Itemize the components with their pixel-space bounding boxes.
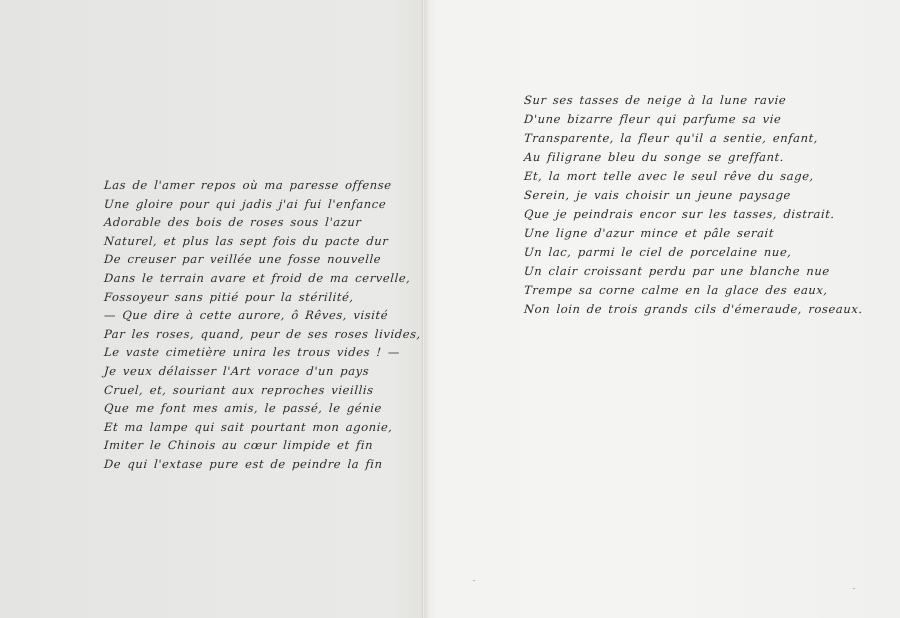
left-page: Las de l'amer repos où ma paresse offens… <box>0 0 423 618</box>
verse-line: D'une bizarre fleur qui parfume sa vie <box>523 110 863 129</box>
verse-line: Un clair croissant perdu par une blanche… <box>523 262 863 281</box>
gutter-shadow <box>424 0 430 618</box>
verse-line: Je veux délaisser l'Art vorace d'un pays <box>103 362 421 381</box>
verse-line: Au filigrane bleu du songe se greffant. <box>523 148 863 167</box>
left-page-verse: Las de l'amer repos où ma paresse offens… <box>104 176 421 474</box>
verse-line: Et ma lampe qui sait pourtant mon agonie… <box>103 418 421 437</box>
verse-line: Naturel, et plus las sept fois du pacte … <box>103 232 421 251</box>
verse-line: Et, la mort telle avec le seul rêve du s… <box>523 167 863 186</box>
paper-speck <box>473 580 475 581</box>
verse-line: De qui l'extase pure est de peindre la f… <box>103 455 421 474</box>
verse-line: Que me font mes amis, le passé, le génie <box>103 399 421 418</box>
verse-line: Sur ses tasses de neige à la lune ravie <box>523 91 863 110</box>
right-page-verse: Sur ses tasses de neige à la lune ravie … <box>524 91 863 319</box>
verse-line: Une ligne d'azur mince et pâle serait <box>523 224 863 243</box>
verse-line: Le vaste cimetière unira les trous vides… <box>103 343 421 362</box>
verse-line: Dans le terrain avare et froid de ma cer… <box>103 269 421 288</box>
verse-line: Non loin de trois grands cils d'émeraude… <box>523 300 863 319</box>
verse-line: Las de l'amer repos où ma paresse offens… <box>103 176 421 195</box>
verse-line: — Que dire à cette aurore, ô Rêves, visi… <box>103 306 421 325</box>
verse-line: Serein, je vais choisir un jeune paysage <box>523 186 863 205</box>
verse-line: Trempe sa corne calme en la glace des ea… <box>523 281 863 300</box>
verse-line: De creuser par veillée une fosse nouvell… <box>103 250 421 269</box>
verse-line: Fossoyeur sans pitié pour la stérilité, <box>103 288 421 307</box>
right-page: Sur ses tasses de neige à la lune ravie … <box>423 0 900 618</box>
verse-line: Adorable des bois de roses sous l'azur <box>103 213 421 232</box>
verse-line: Cruel, et, souriant aux reproches vieill… <box>103 381 421 400</box>
verse-line: Par les roses, quand, peur de ses roses … <box>103 325 421 344</box>
verse-line: Un lac, parmi le ciel de porcelaine nue, <box>523 243 863 262</box>
verse-line: Que je peindrais encor sur les tasses, d… <box>523 205 863 224</box>
verse-line: Imiter le Chinois au cœur limpide et fin <box>103 436 421 455</box>
verse-line: Une gloire pour qui jadis j'ai fui l'enf… <box>103 195 421 214</box>
book-spread: Las de l'amer repos où ma paresse offens… <box>0 0 900 618</box>
paper-speck <box>853 588 855 589</box>
verse-line: Transparente, la fleur qu'il a sentie, e… <box>523 129 863 148</box>
